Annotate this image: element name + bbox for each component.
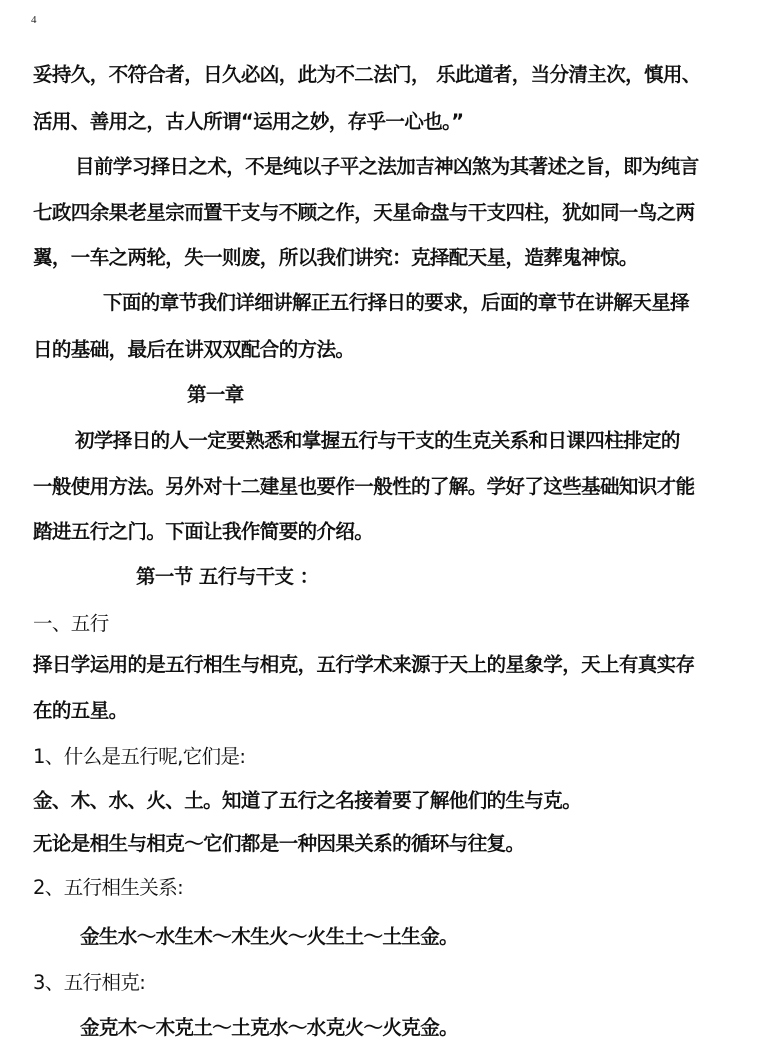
- section-heading: 第一节 五行与干支 ：: [136, 564, 318, 590]
- text-line: 七政四余果老星宗而置干支与不顾之作，天星命盘与干支四柱，犹如同一鸟之两: [33, 200, 695, 226]
- text-line: 翼，一车之两轮，失一则废，所以我们讲究：克择配天星，造葬鬼神惊。: [33, 245, 638, 271]
- text-line: 在的五星。: [33, 698, 128, 724]
- text-line: 活用、善用之，古人所谓“运用之妙，存乎一心也。”: [33, 109, 463, 135]
- list-heading: 2、五行相生关系:: [33, 875, 183, 901]
- text-line: 踏进五行之门。下面让我作简要的介绍。: [33, 519, 373, 545]
- list-heading: 3、五行相克:: [33, 970, 145, 996]
- text-line: 日的基础，最后在讲双双配合的方法。: [33, 337, 354, 363]
- page-number: 4: [31, 14, 37, 26]
- text-line: 初学择日的人一定要熟悉和掌握五行与干支的生克关系和日课四柱排定的: [75, 428, 680, 454]
- text-line: 一般使用方法。另外对十二建星也要作一般性的了解。学好了这些基础知识才能: [33, 474, 695, 500]
- text-line: 下面的章节我们详细讲解正五行择日的要求，后面的章节在讲解天星择: [103, 290, 689, 316]
- list-heading: 1、什么是五行呢,它们是:: [33, 744, 245, 770]
- text-line: 无论是相生与相克～它们都是一种因果关系的循环与往复。: [33, 831, 524, 857]
- formula-line: 金克木～木克土～土克水～水克火～火克金。: [80, 1015, 458, 1041]
- formula-line: 金生水～水生木～木生火～火生土～土生金。: [80, 924, 458, 950]
- text-line: 目前学习择日之术，不是纯以子平之法加吉神凶煞为其著述之旨，即为纯言: [75, 154, 699, 180]
- text-line: 择日学运用的是五行相生与相克，五行学术来源于天上的星象学，天上有真实存: [33, 652, 695, 678]
- text-line: 金、木、水、火、土。知道了五行之名接着要了解他们的生与克。: [33, 788, 581, 814]
- chapter-heading: 第一章: [187, 382, 244, 408]
- text-line: 妥持久，不符合者，日久必凶，此为不二法门， 乐此道者，当分清主次，慎用、: [33, 62, 701, 88]
- subsection-heading: 一、五行: [33, 611, 109, 637]
